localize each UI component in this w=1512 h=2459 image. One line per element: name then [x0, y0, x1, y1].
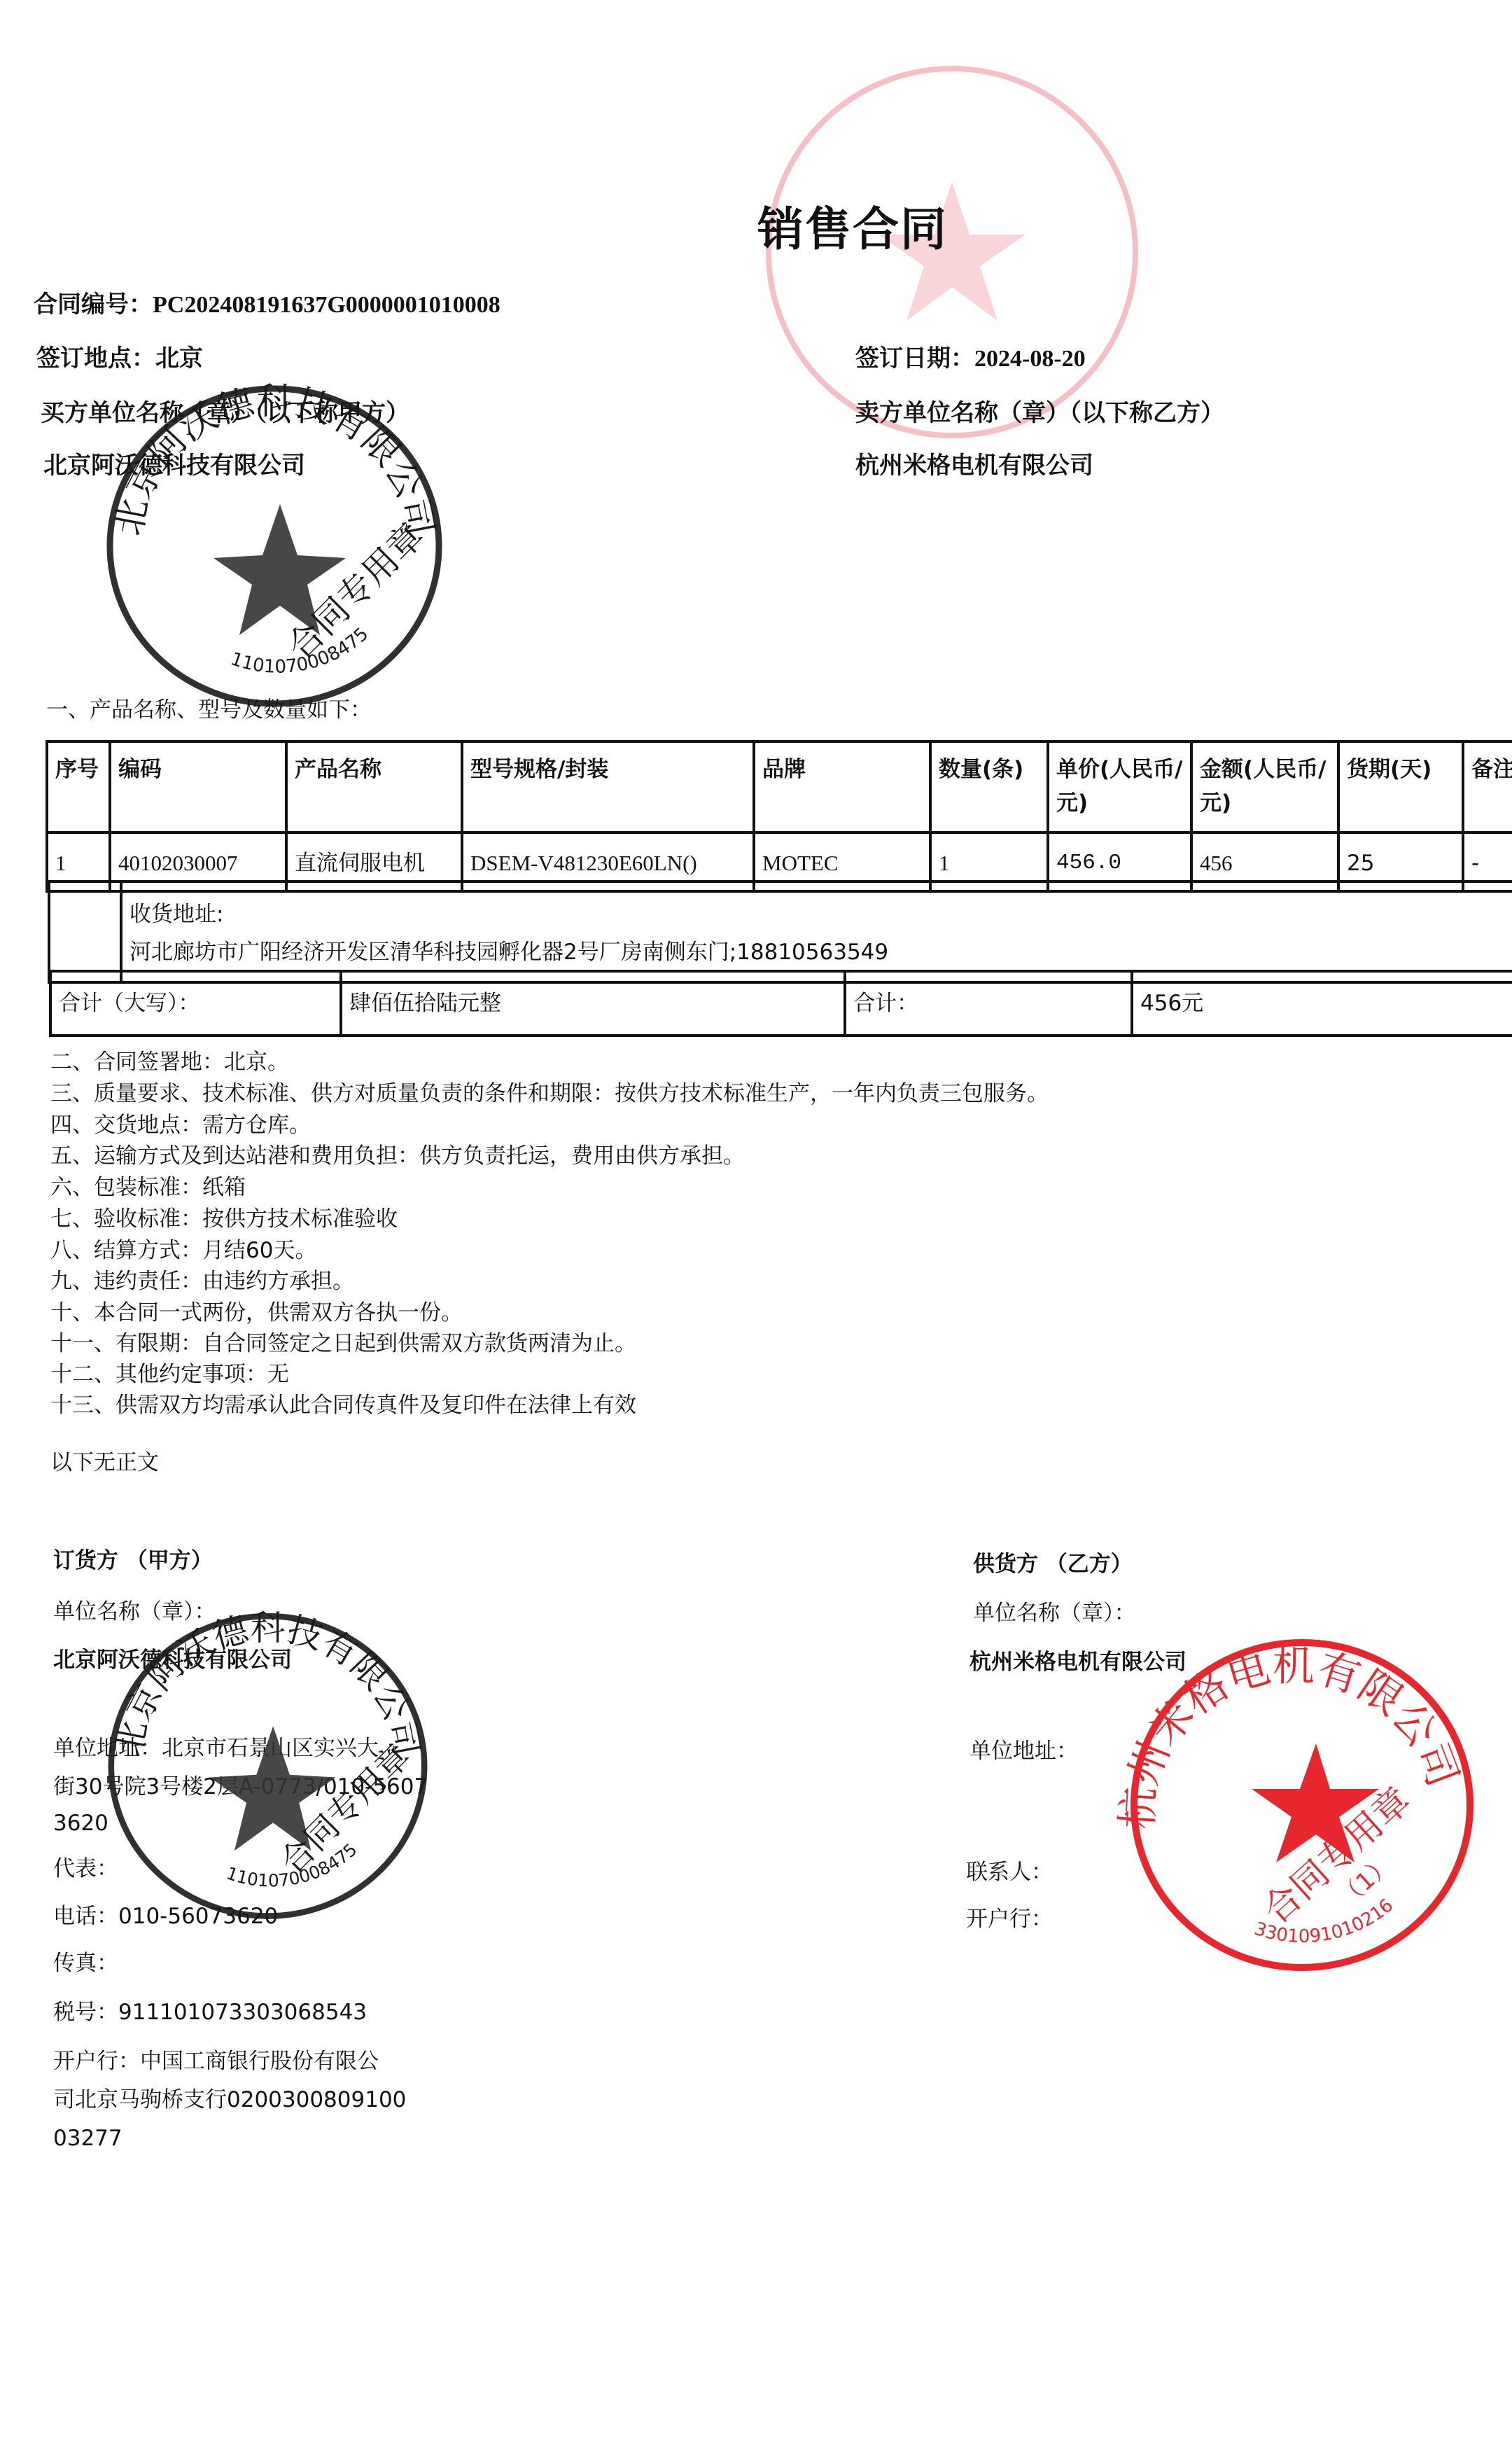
party-a-address-label: 单位地址：	[53, 1736, 162, 1761]
total-value: 456元	[1132, 971, 1512, 1036]
party-a-address-line3: 3620	[53, 1810, 108, 1837]
header-lead-time: 货期(天)	[1338, 741, 1463, 833]
end-note: 以下无正文	[50, 1449, 159, 1476]
section-one-heading: 一、产品名称、型号及数量如下：	[46, 697, 372, 723]
seller-label: 卖方单位名称（章）（以下称乙方）	[855, 399, 1224, 427]
seller-stamp-sub: （1）	[1333, 1850, 1398, 1913]
party-a-rep-label: 代表：	[53, 1855, 118, 1882]
party-a-tax-value: 911101073303068543	[118, 2000, 367, 2025]
seller-stamp: 杭州米格电机有限公司 合同专用章 （1） 3301091010216	[1116, 1631, 1480, 1981]
buyer-stamp-code: 1101070008475	[228, 624, 373, 678]
party-a-fax-label: 传真：	[53, 1950, 118, 1977]
clause-11: 十一、有限期：自合同签定之日起到供需双方款货两清为止。	[50, 1330, 636, 1357]
buyer-label: 买方单位名称（章）（以下称甲方）	[41, 399, 409, 427]
product-table: 序号 编码 产品名称 型号规格/封装 品牌 数量(条) 单价(人民币/元) 金额…	[45, 740, 1512, 893]
clause-12: 十二、其他约定事项：无	[50, 1361, 289, 1388]
clause-6: 六、包装标准：纸箱	[50, 1174, 246, 1201]
delivery-address-value: 河北廊坊市广阳经济开发区清华科技园孵化器2号厂房南侧东门;18810563549	[129, 933, 1508, 971]
buyer-stamp-purpose: 合同专用章	[279, 515, 432, 668]
header-remark: 备注	[1463, 741, 1512, 833]
seller-stamp-purpose: 合同专用章	[1256, 1779, 1419, 1932]
clause-8: 八、结算方式：月结60天。	[50, 1237, 316, 1264]
party-a-bank-line1: 中国工商银行股份有限公	[140, 2049, 379, 2074]
table-header-row: 序号 编码 产品名称 型号规格/封装 品牌 数量(条) 单价(人民币/元) 金额…	[47, 741, 1512, 833]
sign-place-value: 北京	[155, 344, 203, 372]
party-a-phone-label: 电话：	[53, 1904, 118, 1929]
party-a-phone-value: 010-56073620	[118, 1904, 278, 1929]
party-a-tax-label: 税号：	[53, 2000, 118, 2025]
party-a-tax: 税号：911101073303068543	[53, 1999, 367, 2026]
party-a-bank-line3: 03277	[53, 2125, 122, 2152]
party-a-bank-label: 开户行：	[53, 2049, 140, 2074]
document-title: 销售合同	[757, 202, 948, 258]
party-a-address-line2: 街30号院3号楼2层A-0773/010-5607	[53, 1774, 428, 1800]
clause-7: 七、验收标准：按供方技术标准验收	[50, 1206, 398, 1232]
header-product-name: 产品名称	[286, 741, 462, 833]
header-brand: 品牌	[754, 741, 930, 833]
party-a-name-label: 单位名称（章）：	[53, 1598, 216, 1625]
buyer-stamp-code-2: 1101070008475	[224, 1839, 361, 1891]
buyer-name: 北京阿沃德科技有限公司	[43, 452, 305, 480]
clause-10: 十、本合同一式两份，供需双方各执一份。	[50, 1300, 463, 1326]
clause-4: 四、交货地点：需方仓库。	[50, 1112, 311, 1138]
party-a-heading: 订货方 （甲方）	[53, 1547, 213, 1574]
party-a-address: 单位地址：北京市石景山区实兴大	[53, 1735, 379, 1762]
party-a-address-line1: 北京市石景山区实兴大	[162, 1736, 379, 1761]
total-upper-value: 肆佰伍拾陆元整	[341, 971, 845, 1036]
clause-5: 五、运输方式及到达站港和费用负担：供方负责托运，费用由供方承担。	[50, 1143, 745, 1169]
party-b-contact-label: 联系人：	[966, 1859, 1053, 1886]
party-a-name: 北京阿沃德科技有限公司	[53, 1647, 292, 1673]
header-quantity: 数量(条)	[930, 741, 1048, 833]
party-b-heading: 供货方 （乙方）	[973, 1551, 1133, 1577]
contract-number: 合同编号：PC202408191637G0000001010008	[34, 291, 500, 319]
party-a-bank: 开户行：中国工商银行股份有限公	[53, 2048, 379, 2075]
party-b-bank-label: 开户行：	[966, 1906, 1053, 1932]
svg-text:3301091010216: 3301091010216	[1252, 1895, 1397, 1947]
header-code: 编码	[110, 741, 286, 833]
total-label: 合计：	[845, 971, 1132, 1036]
party-a-bank-line2: 司北京马驹桥支行0200300809100	[53, 2087, 406, 2113]
sign-date-label: 签订日期：	[855, 344, 974, 372]
svg-text:1101070008475: 1101070008475	[228, 624, 373, 678]
seller-name: 杭州米格电机有限公司	[855, 452, 1093, 480]
clause-9: 九、违约责任：由违约方承担。	[50, 1268, 354, 1295]
seller-stamp-code: 3301091010216	[1252, 1895, 1397, 1947]
header-unit-price: 单价(人民币/元)	[1048, 741, 1191, 833]
total-table: 合计（大写）： 肆佰伍拾陆元整 合计： 456元	[49, 970, 1512, 1037]
sign-place: 签订地点：北京	[36, 344, 203, 372]
clause-13: 十三、供需双方均需承认此合同传真件及复印件在法律上有效	[50, 1392, 636, 1419]
party-b-name: 杭州米格电机有限公司	[969, 1649, 1186, 1676]
delivery-address-table: 收货地址: 河北廊坊市广阳经济开发区清华科技园孵化器2号厂房南侧东门;18810…	[48, 880, 1512, 984]
sign-date-value: 2024-08-20	[974, 346, 1086, 372]
delivery-address-cell: 收货地址: 河北廊坊市广阳经济开发区清华科技园孵化器2号厂房南侧东门;18810…	[121, 882, 1512, 982]
address-spacer-cell	[49, 882, 121, 982]
party-b-address-label: 单位地址：	[969, 1738, 1078, 1764]
party-a-phone: 电话：010-56073620	[53, 1903, 278, 1930]
header-amount: 金额(人民币/元)	[1191, 741, 1338, 833]
sign-date: 签订日期：2024-08-20	[855, 344, 1086, 373]
header-index: 序号	[47, 741, 110, 833]
contract-number-value: PC202408191637G0000001010008	[153, 292, 500, 318]
clause-3: 三、质量要求、技术标准、供方对质量负责的条件和期限：按供方技术标准生产，一年内负…	[50, 1080, 1049, 1107]
contract-number-label: 合同编号：	[34, 291, 153, 319]
delivery-address-label: 收货地址:	[129, 896, 1508, 933]
header-model: 型号规格/封装	[462, 741, 754, 833]
clause-2: 二、合同签署地：北京。	[50, 1049, 289, 1075]
sign-place-label: 签订地点：	[36, 344, 155, 372]
party-b-name-label: 单位名称（章）：	[973, 1600, 1136, 1626]
total-upper-label: 合计（大写）：	[50, 971, 341, 1036]
svg-text:1101070008475: 1101070008475	[224, 1839, 361, 1891]
